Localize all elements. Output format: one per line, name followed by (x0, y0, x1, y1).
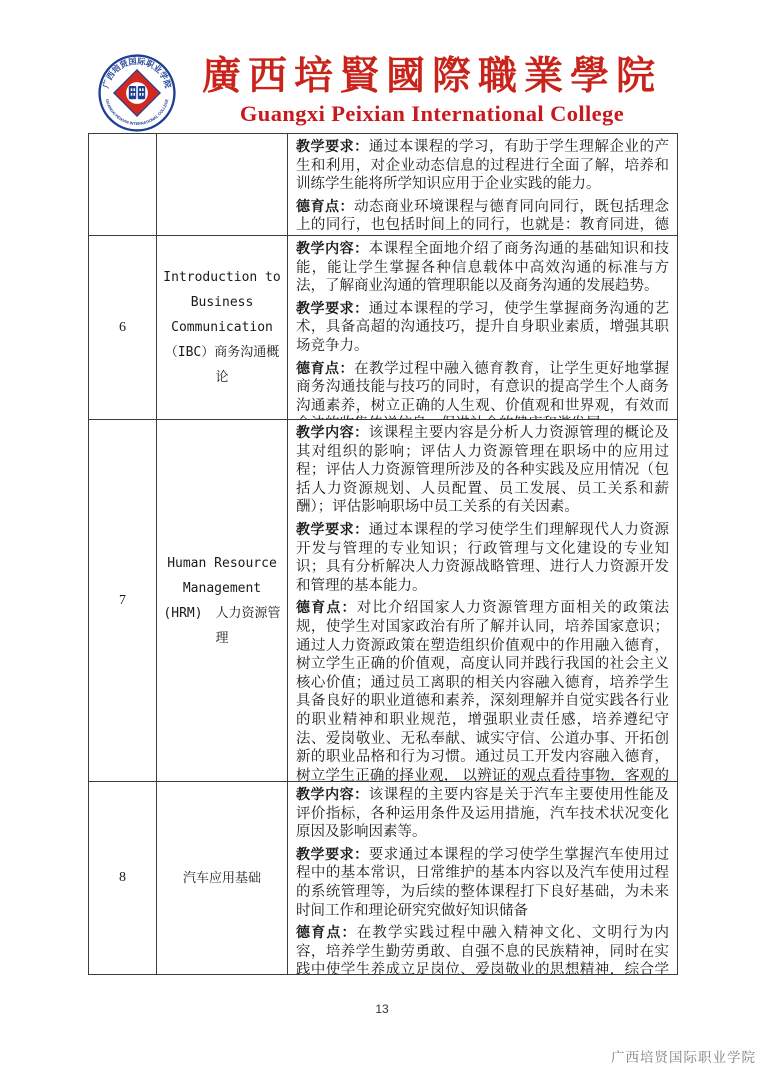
paragraph: 教学内容：该课程的主要内容是关于汽车主要使用性能及评价指标，各种运用条件及运用措… (296, 785, 669, 842)
course-name-cell: Human Resource Management (HRM) 人力资源管理 (157, 420, 288, 781)
course-number-cell (89, 134, 157, 235)
course-description-cell: 教学内容：本课程全面地介绍了商务沟通的基础知识和技能，能让学生掌握各种信息载体中… (288, 236, 677, 419)
course-description-cell: 教学要求：通过本课程的学习，有助于学生理解企业的产生和利用，对企业动态信息的过程… (288, 134, 677, 235)
paragraph: 德育点：在教学过程中融入德育教育，让学生更好地掌握商务沟通技能与技巧的同时，有意… (296, 359, 669, 419)
paragraph: 教学要求：通过本课程的学习，有助于学生理解企业的产生和利用，对企业动态信息的过程… (296, 137, 669, 194)
page-header: 广西培贤国际职业学院 GUANGXI PEIXIAN INTERNATIONAL… (0, 0, 764, 133)
document-page: 广西培贤国际职业学院 GUANGXI PEIXIAN INTERNATIONAL… (0, 0, 764, 1080)
paragraph-label: 德育点： (296, 924, 357, 940)
table-row: 6 Introduction to Business Communication… (89, 236, 677, 420)
college-logo-icon: 广西培贤国际职业学院 GUANGXI PEIXIAN INTERNATIONAL… (98, 54, 176, 132)
course-name-line: Introduction to (163, 265, 280, 290)
page-number: 13 (0, 1002, 764, 1016)
course-name-line: Human Resource (167, 551, 277, 576)
table-row: 7 Human Resource Management (HRM) 人力资源管理… (89, 420, 677, 782)
course-name-line: Business Communication (159, 290, 285, 340)
college-titles: 廣西培賢國際職業學院 Guangxi Peixian International… (186, 54, 678, 127)
course-name-line: （IBC）商务沟通概论 (159, 340, 285, 390)
paragraph: 教学要求：要求通过本课程的学习使学生掌握汽车使用过程中的基本常识，日常维护的基本… (296, 845, 669, 920)
course-name-line: 汽车应用基础 (183, 866, 261, 891)
paragraph-label: 教学要求： (296, 846, 369, 862)
paragraph: 教学要求：通过本课程的学习，使学生掌握商务沟通的艺术，具备高超的沟通技巧，提升自… (296, 299, 669, 356)
course-description-cell: 教学内容：该课程的主要内容是关于汽车主要使用性能及评价指标，各种运用条件及运用措… (288, 782, 677, 974)
course-number-cell: 7 (89, 420, 157, 781)
course-name-cell (157, 134, 288, 235)
paragraph-text: 对比介绍国家人力资源管理方面相关的政策法规，使学生对国家政治有所了解并认同，培养… (296, 600, 669, 781)
watermark-text: 广西培贤国际职业学院 (611, 1046, 756, 1066)
paragraph: 教学内容：本课程全面地介绍了商务沟通的基础知识和技能，能让学生掌握各种信息载体中… (296, 239, 669, 296)
paragraph-label: 教学内容： (296, 424, 369, 440)
course-number-cell: 6 (89, 236, 157, 419)
paragraph: 教学要求：通过本课程的学习使学生们理解现代人力资源开发与管理的专业知识；行政管理… (296, 520, 669, 595)
paragraph-label: 教学内容： (296, 240, 369, 256)
paragraph: 德育点：对比介绍国家人力资源管理方面相关的政策法规，使学生对国家政治有所了解并认… (296, 598, 669, 781)
paragraph-label: 教学内容： (296, 786, 369, 802)
paragraph: 教学内容：该课程主要内容是分析人力资源管理的概论及其对组织的影响；评估人力资源管… (296, 423, 669, 517)
paragraph-label: 教学要求： (296, 521, 369, 537)
course-number-cell: 8 (89, 782, 157, 974)
college-title-chinese: 廣西培賢國際職業學院 (186, 54, 678, 100)
course-name-line: (HRM) 人力资源管理 (159, 601, 285, 651)
paragraph-label: 教学要求： (296, 138, 369, 154)
course-description-cell: 教学内容：该课程主要内容是分析人力资源管理的概论及其对组织的影响；评估人力资源管… (288, 420, 677, 781)
paragraph-label: 德育点： (296, 599, 357, 615)
paragraph-label: 德育点： (296, 360, 354, 376)
table-row: 教学要求：通过本课程的学习，有助于学生理解企业的产生和利用，对企业动态信息的过程… (89, 134, 677, 236)
paragraph-label: 教学要求： (296, 300, 369, 316)
course-name-cell: 汽车应用基础 (157, 782, 288, 974)
college-title-english: Guangxi Peixian International College (186, 101, 678, 127)
course-name-line: Management (183, 576, 261, 601)
course-name-cell: Introduction to Business Communication （… (157, 236, 288, 419)
paragraph: 德育点：在教学实践过程中融入精神文化、文明行为内容，培养学生勤劳勇敢、自强不息的… (296, 923, 669, 974)
course-table: 教学要求：通过本课程的学习，有助于学生理解企业的产生和利用，对企业动态信息的过程… (88, 133, 678, 975)
paragraph-label: 德育点： (296, 198, 354, 214)
paragraph: 德育点：动态商业环境课程与德育同向同行，既包括理念上的同行，也包括时间上的同行，… (296, 197, 669, 235)
table-row: 8 汽车应用基础 教学内容：该课程的主要内容是关于汽车主要使用性能及评价指标，各… (89, 782, 677, 974)
